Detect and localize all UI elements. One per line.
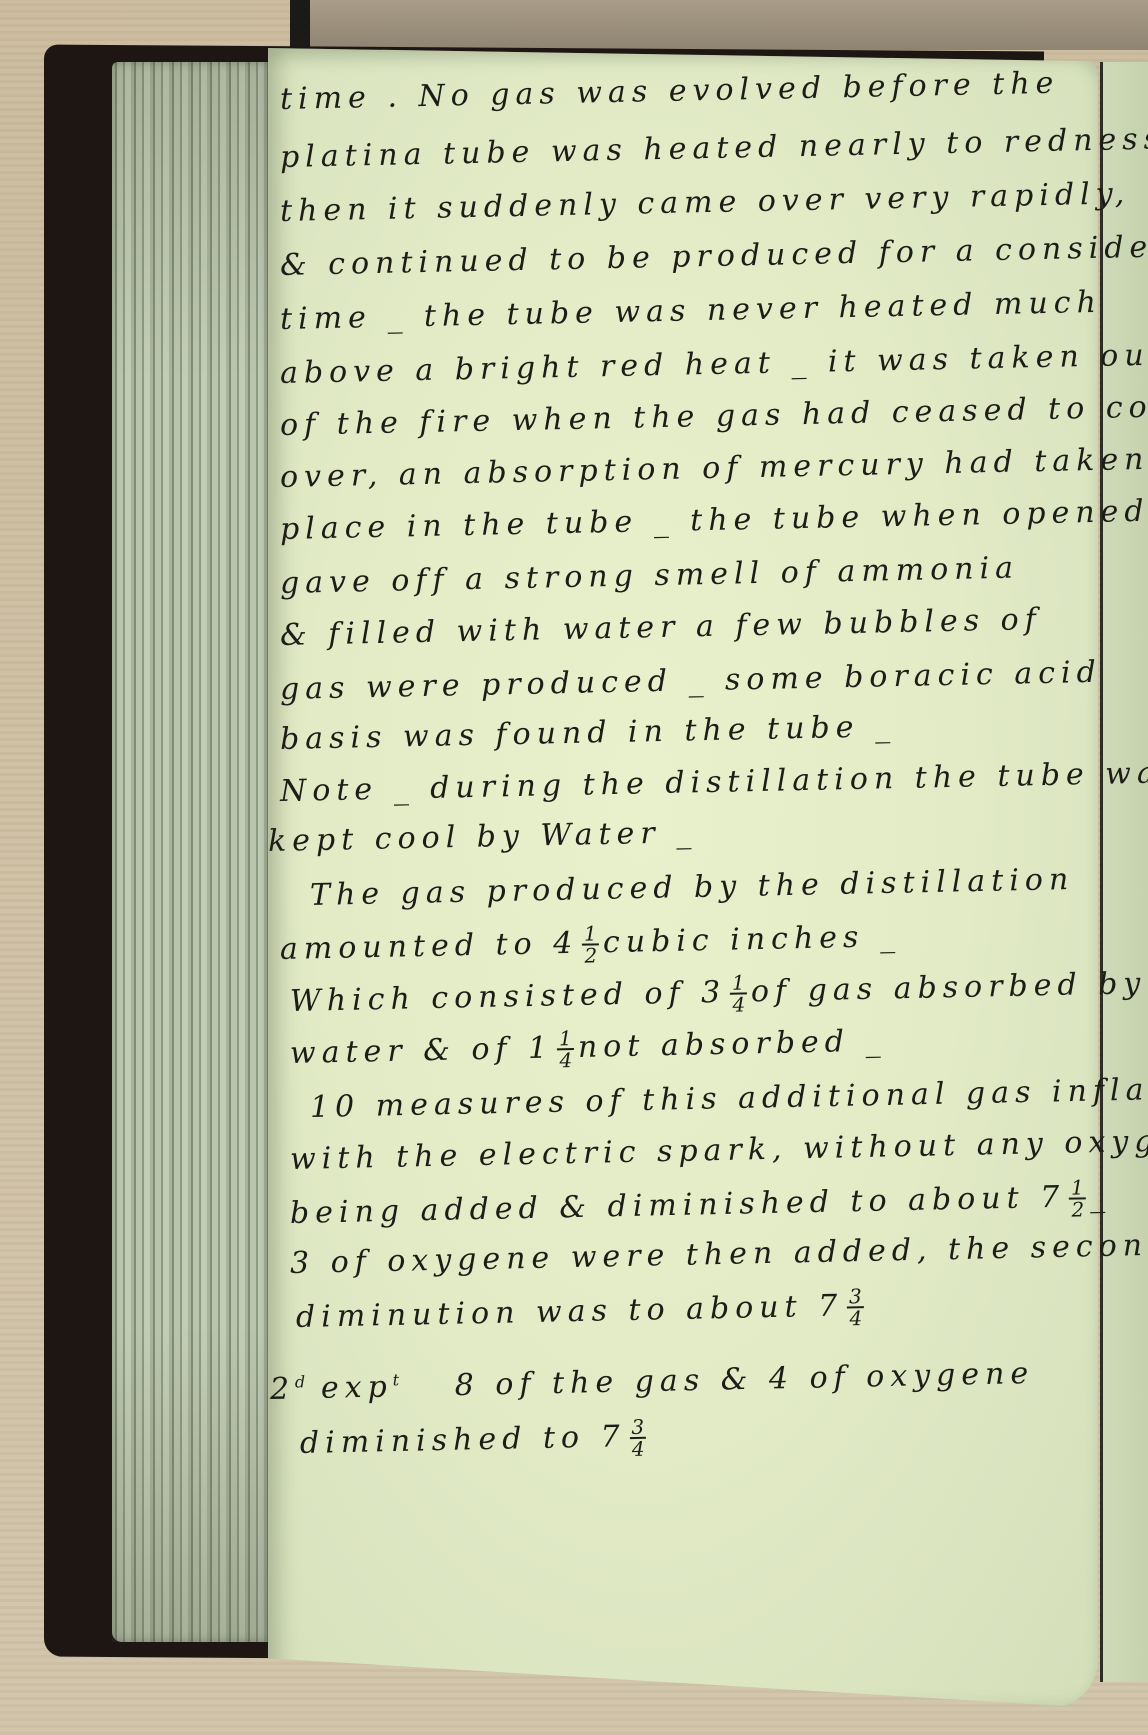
facing-page-edge xyxy=(1100,62,1148,1682)
experiment-label: 2 xyxy=(270,1371,296,1407)
fraction-numerator: 1 xyxy=(1069,1177,1086,1199)
text-span: not absorbed _ xyxy=(578,1024,887,1065)
text-span: amounted to 4 xyxy=(280,926,579,967)
fraction-numerator: 3 xyxy=(847,1286,864,1308)
fraction-numerator: 1 xyxy=(730,972,747,994)
experiment-label: exp xyxy=(305,1369,393,1406)
text-span: water & of 1 xyxy=(290,1030,554,1071)
text-span: cubic inches _ xyxy=(603,919,902,960)
fraction-denominator: 4 xyxy=(630,1439,647,1459)
text-span: diminished to 7 xyxy=(300,1419,626,1461)
fraction: 12 xyxy=(1069,1177,1087,1219)
fraction-denominator: 4 xyxy=(730,994,747,1014)
fraction-denominator: 2 xyxy=(582,945,599,965)
book-strap-shadow xyxy=(290,0,310,48)
fraction-numerator: 1 xyxy=(582,923,599,945)
fraction-denominator: 2 xyxy=(1069,1199,1086,1219)
superscript: t xyxy=(392,1370,399,1389)
fraction: 34 xyxy=(847,1286,865,1328)
text-span: diminution was to about 7 xyxy=(296,1289,844,1335)
fraction: 14 xyxy=(730,972,748,1014)
text-span: of gas absorbed by xyxy=(751,966,1147,1009)
fraction-denominator: 4 xyxy=(557,1050,574,1070)
page-edges-stack xyxy=(112,62,274,1642)
fraction-numerator: 1 xyxy=(557,1028,574,1050)
fraction-numerator: 3 xyxy=(629,1417,646,1439)
fraction: 12 xyxy=(582,923,600,965)
text-span: Which consisted of 3 xyxy=(290,975,727,1019)
text-span: _ xyxy=(1090,1179,1112,1214)
fraction: 14 xyxy=(557,1028,575,1070)
fraction: 34 xyxy=(629,1417,647,1459)
adjacent-book-top xyxy=(290,0,1148,50)
text-line: diminished to 734 xyxy=(300,1417,651,1466)
fraction-denominator: 4 xyxy=(847,1308,864,1328)
